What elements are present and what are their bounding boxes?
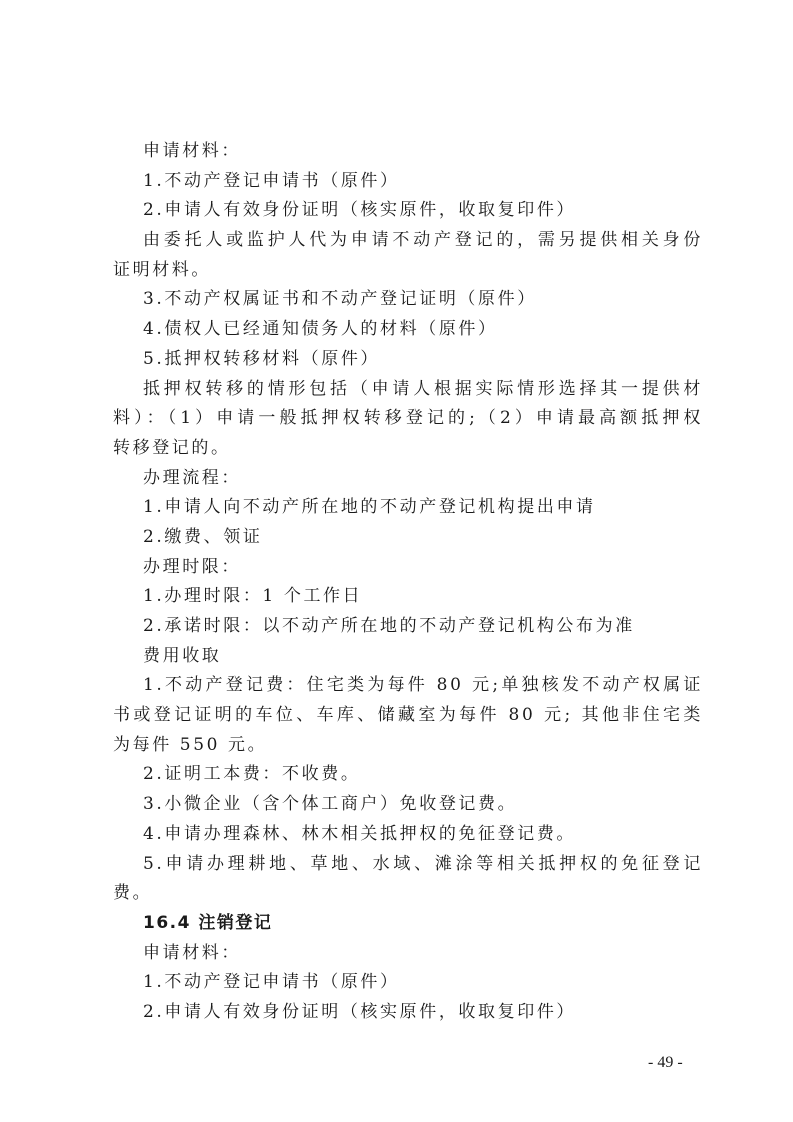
section-label-time-limit: 办理时限： [113, 553, 703, 583]
section-label-materials: 申请材料： [113, 137, 703, 167]
page-number: - 49 - [648, 1054, 683, 1072]
paragraph-line: 费。 [113, 879, 703, 909]
list-item: 1.不动产登记申请书（原件） [113, 167, 703, 197]
paragraph-line: 抵押权转移的情形包括（申请人根据实际情形选择其一提供材 [113, 375, 703, 405]
list-item: 2.承诺时限：以不动产所在地的不动产登记机构公布为准 [113, 612, 703, 642]
paragraph-line: 为每件 550 元。 [113, 731, 703, 761]
list-item: 2.申请人有效身份证明（核实原件，收取复印件） [113, 196, 703, 226]
document-page: 申请材料： 1.不动产登记申请书（原件） 2.申请人有效身份证明（核实原件，收取… [0, 0, 793, 1122]
list-item: 4.债权人已经通知债务人的材料（原件） [113, 315, 703, 345]
list-item: 2.缴费、领证 [113, 523, 703, 553]
list-item: 3.小微企业（含个体工商户）免收登记费。 [113, 790, 703, 820]
list-item: 1.不动产登记申请书（原件） [113, 968, 703, 998]
list-item: 1.办理时限：1 个工作日 [113, 582, 703, 612]
section-label-materials: 申请材料： [113, 939, 703, 969]
section-label-fees: 费用收取 [113, 642, 703, 672]
list-item: 2.证明工本费：不收费。 [113, 760, 703, 790]
list-item: 1.不动产登记费：住宅类为每件 80 元;单独核发不动产权属证 [113, 671, 703, 701]
list-item: 1.申请人向不动产所在地的不动产登记机构提出申请 [113, 493, 703, 523]
paragraph-line: 由委托人或监护人代为申请不动产登记的，需另提供相关身份 [113, 226, 703, 256]
list-item: 2.申请人有效身份证明（核实原件，收取复印件） [113, 998, 703, 1028]
section-heading: 16.4 注销登记 [113, 909, 703, 939]
paragraph-line: 证明材料。 [113, 256, 703, 286]
paragraph-line: 转移登记的。 [113, 434, 703, 464]
list-item: 4.申请办理森林、林木相关抵押权的免征登记费。 [113, 820, 703, 850]
list-item: 5.抵押权转移材料（原件） [113, 345, 703, 375]
paragraph-line: 书或登记证明的车位、车库、储藏室为每件 80 元; 其他非住宅类 [113, 701, 703, 731]
list-item: 3.不动产权属证书和不动产登记证明（原件） [113, 285, 703, 315]
list-item: 5.申请办理耕地、草地、水域、滩涂等相关抵押权的免征登记 [113, 850, 703, 880]
section-label-process: 办理流程： [113, 464, 703, 494]
paragraph-line: 料）：（1）申请一般抵押权转移登记的;（2）申请最高额抵押权 [113, 404, 703, 434]
document-body: 申请材料： 1.不动产登记申请书（原件） 2.申请人有效身份证明（核实原件，收取… [113, 137, 703, 1028]
